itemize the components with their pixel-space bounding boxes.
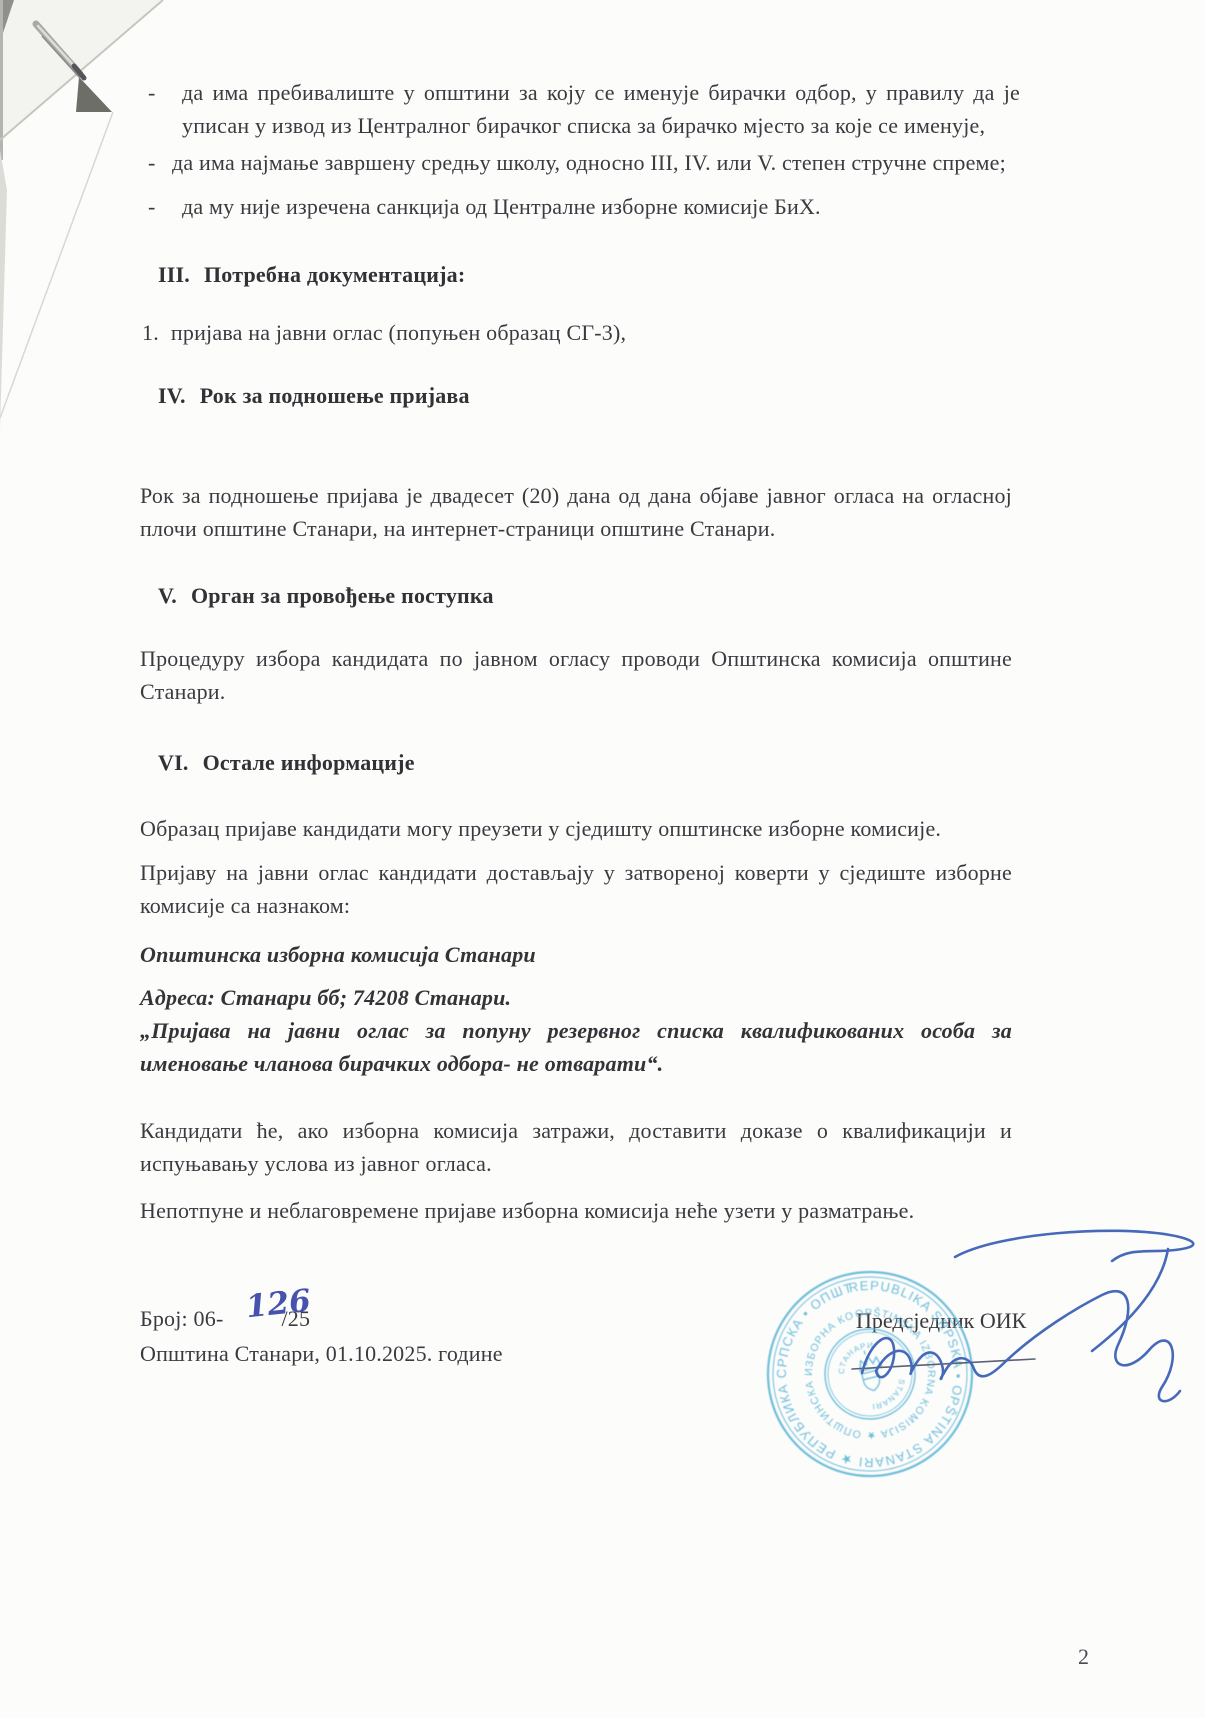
bullet-dash: - [148,76,182,142]
scanned-document-page: - да има пребивалиште у општини за коју … [0,0,1205,1718]
bullet-text: да има пребивалиште у општини за коју се… [182,76,1020,142]
document-list-item: 1.пријава на јавни оглас (попуњен образа… [142,316,1014,349]
paragraph-form: Образац пријаве кандидати могу преузети … [140,812,1012,845]
section-number: V. [158,583,177,608]
bullet-item: - да му није изречена санкција од Центра… [148,190,1020,223]
section-title: Рок за подношење пријава [200,383,470,408]
section-number: IV. [158,383,186,408]
handwritten-number: 126 [245,1286,313,1324]
section-title: Орган за провођење поступка [191,583,494,608]
reference-number-prefix: Број: 06- [140,1306,223,1331]
bullet-dash: - [148,190,182,223]
section-number: III. [158,262,190,287]
section-heading-3: III.Потребна документација: [158,258,1030,291]
item-text: пријава на јавни оглас (попуњен образац … [171,320,626,345]
bullet-text: да му није изречена санкција од Централн… [182,190,1020,223]
page-number: 2 [1078,1644,1089,1670]
section-title: Потребна документација: [204,262,465,287]
section-number: VI. [158,750,189,775]
paragraph-submission: Пријаву на јавни оглас кандидати достављ… [140,856,1012,922]
address-line: Адреса: Станари бб; 74208 Станари. [140,981,1012,1014]
bullet-text: да има најмање завршену средњу школу, од… [172,146,1020,179]
fold-shadow [76,77,112,112]
paragraph-authority: Процедуру избора кандидата по јавном огл… [140,642,1012,708]
section-heading-6: VI.Остале информације [158,746,1030,779]
bullet-item: - да има пребивалиште у општини за коју … [148,76,1020,142]
bullet-dash: - [148,146,172,179]
section-heading-5: V.Орган за провођење поступка [158,579,1030,612]
envelope-quote: „Пријава на јавни оглас за попуну резерв… [140,1014,1012,1080]
address-commission-name: Општинска изборна комисија Станари [140,938,1012,971]
bullet-item: - да има најмање завршену средњу школу, … [148,146,1020,179]
paragraph-deadline: Рок за подношење пријава је двадесет (20… [140,479,1012,545]
section-heading-4: IV.Рок за подношење пријава [158,379,1030,412]
signature [830,1135,1205,1435]
item-number: 1. [142,320,159,345]
section-title: Остале информације [203,750,415,775]
